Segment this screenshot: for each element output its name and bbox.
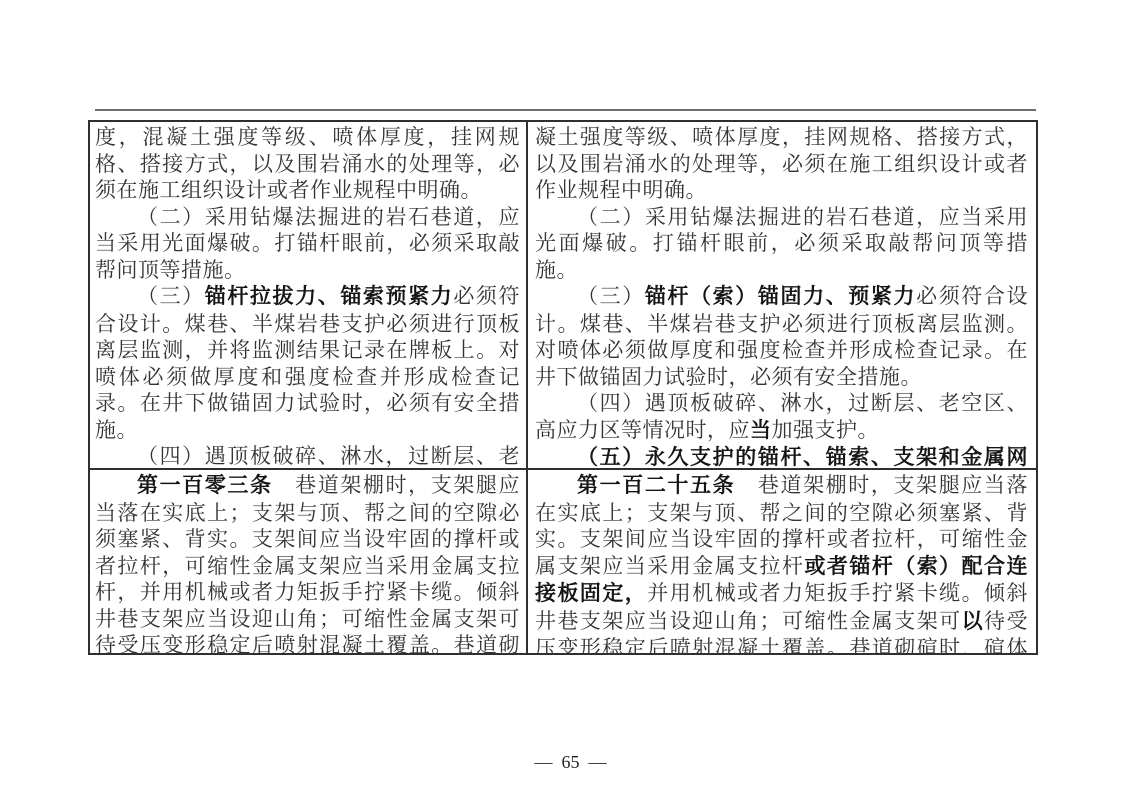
- emphasized-text-run: 当: [750, 419, 772, 442]
- paragraph: （二）采用钻爆法掘进的岩石巷道，应当采用光面爆破。打锚杆眼前，必须采取敲帮问顶等…: [535, 204, 1028, 284]
- paragraph: （二）采用钻爆法掘进的岩石巷道，应当采用光面爆破。打锚杆眼前，必须采取敲帮问顶等…: [95, 204, 520, 284]
- text-run: （三）: [137, 284, 205, 308]
- table-cell-old-text: 第一百零三条 巷道架棚时，支架腿应当落在实底上；支架与顶、帮之间的空隙必须塞紧、…: [90, 470, 528, 655]
- paragraph: （四）遇顶板破碎、淋水，过断层、老空区、高应力区等情况时，应当加强支护。: [535, 390, 1028, 444]
- paragraph: 第一百零三条 巷道架棚时，支架腿应当落在实底上；支架与顶、帮之间的空隙必须塞紧、…: [95, 472, 520, 655]
- text-run: 度，混凝土强度等级、喷体厚度，挂网规格、搭接方式，以及围岩涌水的处理等，必须在施…: [95, 125, 520, 202]
- table-row: 第一百零三条 巷道架棚时，支架腿应当落在实底上；支架与顶、帮之间的空隙必须塞紧、…: [90, 470, 1036, 655]
- text-run: 加强支护。: [772, 418, 880, 442]
- emphasized-text-run: 第一百二十五条: [577, 474, 735, 497]
- emphasized-text-run: 锚杆（索）锚固力、预紧力: [645, 285, 916, 308]
- table-top-rule: [95, 109, 1036, 111]
- paragraph: 度，混凝土强度等级、喷体厚度，挂网规格、搭接方式，以及围岩涌水的处理等，必须在施…: [95, 124, 520, 204]
- page-footer: — 65 —: [0, 731, 1123, 794]
- text-run: 凝土强度等级、喷体厚度，挂网规格、搭接方式，以及围岩涌水的处理等，必须在施工组织…: [535, 125, 1028, 202]
- paragraph: （四）遇顶板破碎、淋水，过断层、老空区、高应力区等情况时，应加强支护。: [95, 443, 520, 468]
- table-row: 度，混凝土强度等级、喷体厚度，挂网规格、搭接方式，以及围岩涌水的处理等，必须在施…: [90, 122, 1036, 470]
- paragraph: 第一百二十五条 巷道架棚时，支架腿应当落在实底上；支架与顶、帮之间的空隙必须塞紧…: [535, 472, 1028, 655]
- document-page: 度，混凝土强度等级、喷体厚度，挂网规格、搭接方式，以及围岩涌水的处理等，必须在施…: [0, 0, 1123, 794]
- text-run: 巷道架棚时，支架腿应当落在实底上；支架与顶、帮之间的空隙必须塞紧、背实。支架间应…: [95, 473, 520, 655]
- table-cell-new-text: 凝土强度等级、喷体厚度，挂网规格、搭接方式，以及围岩涌水的处理等，必须在施工组织…: [528, 122, 1036, 468]
- paragraph: 凝土强度等级、喷体厚度，挂网规格、搭接方式，以及围岩涌水的处理等，必须在施工组织…: [535, 124, 1028, 204]
- text-run: （二）采用钻爆法掘进的岩石巷道，应当采用光面爆破。打锚杆眼前，必须采取敲帮问顶等…: [95, 205, 520, 282]
- paragraph: （三）锚杆（索）锚固力、预紧力必须符合设计。煤巷、半煤岩巷支护必须进行顶板离层监…: [535, 283, 1028, 390]
- text-run: （三）: [577, 284, 645, 308]
- emphasized-text-run: （五）永久支护的锚杆、锚索、支架和金属网等，不得用于起吊。: [535, 446, 1028, 468]
- page-number: — 65 —: [535, 752, 607, 772]
- table-cell-old-text: 度，混凝土强度等级、喷体厚度，挂网规格、搭接方式，以及围岩涌水的处理等，必须在施…: [90, 122, 528, 468]
- emphasized-text-run: 第一百零三条: [137, 474, 273, 497]
- text-run: （四）遇顶板破碎、淋水，过断层、老空区、高应力区等情况时，应加强支护。: [95, 444, 520, 468]
- paragraph: （五）永久支护的锚杆、锚索、支架和金属网等，不得用于起吊。: [535, 444, 1028, 468]
- paragraph: （三）锚杆拉拔力、锚索预紧力必须符合设计。煤巷、半煤岩巷支护必须进行顶板离层监测…: [95, 283, 520, 443]
- table-cell-new-text: 第一百二十五条 巷道架棚时，支架腿应当落在实底上；支架与顶、帮之间的空隙必须塞紧…: [528, 470, 1036, 655]
- emphasized-text-run: 以: [962, 610, 984, 633]
- emphasized-text-run: 锚杆拉拔力、锚索预紧力: [205, 285, 454, 308]
- comparison-table: 度，混凝土强度等级、喷体厚度，挂网规格、搭接方式，以及围岩涌水的处理等，必须在施…: [88, 120, 1038, 655]
- text-run: （二）采用钻爆法掘进的岩石巷道，应当采用光面爆破。打锚杆眼前，必须采取敲帮问顶等…: [535, 205, 1028, 282]
